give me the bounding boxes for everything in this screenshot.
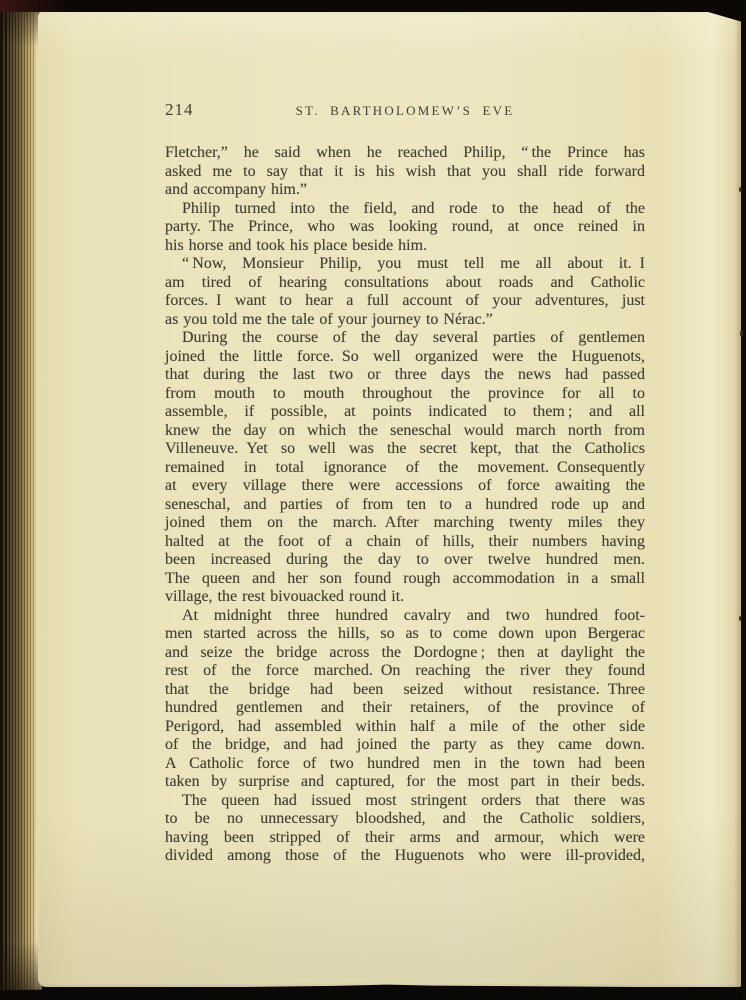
text-line: of the bridge, and had joined the party … bbox=[165, 736, 645, 755]
text-line: During the course of the day several par… bbox=[165, 329, 645, 348]
text-line: “ Now, Monsieur Philip, you must tell me… bbox=[165, 255, 645, 274]
text-line: asked me to say that it is his wish that… bbox=[165, 163, 645, 182]
text-line: forces. I want to hear a full account of… bbox=[165, 292, 645, 311]
text-line: remained in total ignorance of the movem… bbox=[165, 459, 645, 478]
text-line: assemble, if possible, at points indicat… bbox=[165, 403, 645, 422]
text-line: and seize the bridge across the Dordogne… bbox=[165, 644, 645, 663]
text-line: as you told me the tale of your journey … bbox=[165, 311, 645, 330]
page-blemish bbox=[739, 187, 742, 192]
text-line: The queen had issued most stringent orde… bbox=[165, 792, 645, 811]
page-blemish bbox=[739, 616, 742, 621]
text-line: party. The Prince, who was looking round… bbox=[165, 218, 645, 237]
page-blemish bbox=[740, 330, 743, 337]
text-line: am tired of hearing consultations about … bbox=[165, 274, 645, 293]
text-line: Fletcher,” he said when he reached Phili… bbox=[165, 144, 645, 163]
text-line: The queen and her son found rough accomm… bbox=[165, 570, 645, 589]
text-line: Perigord, had assembled within half a mi… bbox=[165, 718, 645, 737]
text-line: that the bridge had been seized without … bbox=[165, 681, 645, 700]
text-line: Philip turned into the field, and rode t… bbox=[165, 200, 645, 219]
text-line: taken by surprise and captured, for the … bbox=[165, 773, 645, 792]
text-line: rest of the force marched. On reaching t… bbox=[165, 662, 645, 681]
text-line: having been stripped of their arms and a… bbox=[165, 829, 645, 848]
book-page-edges bbox=[0, 8, 42, 990]
text-line: hundred gentlemen and their retainers, o… bbox=[165, 699, 645, 718]
text-line: at every village there were accessions o… bbox=[165, 477, 645, 496]
running-head: 214 ST. BARTHOLOMEW’S EVE bbox=[165, 100, 645, 122]
text-line: divided among those of the Huguenots who… bbox=[165, 847, 645, 866]
paragraph: Philip turned into the field, and rode t… bbox=[165, 200, 645, 256]
paragraph: “ Now, Monsieur Philip, you must tell me… bbox=[165, 255, 645, 329]
text-line: men started across the hills, so as to c… bbox=[165, 625, 645, 644]
right-binding bbox=[741, 0, 746, 1000]
text-line: that during the last two or three days t… bbox=[165, 366, 645, 385]
text-line: A Catholic force of two hundred men in t… bbox=[165, 755, 645, 774]
text-line: joined them on the march. After marching… bbox=[165, 514, 645, 533]
page-text: Fletcher,” he said when he reached Phili… bbox=[165, 144, 645, 866]
text-line: Villeneuve. Yet so well was the secret k… bbox=[165, 440, 645, 459]
text-line: from mouth to mouth throughout the provi… bbox=[165, 385, 645, 404]
paragraph: During the course of the day several par… bbox=[165, 329, 645, 607]
text-line: joined the little force. So well organiz… bbox=[165, 348, 645, 367]
text-line: seneschal, and parties of from ten to a … bbox=[165, 496, 645, 515]
paragraph: At midnight three hundred cavalry and tw… bbox=[165, 607, 645, 792]
text-line: halted at the foot of a chain of hills, … bbox=[165, 533, 645, 552]
text-line: to be no unnecessary bloodshed, and the … bbox=[165, 810, 645, 829]
text-line: his horse and took his place beside him. bbox=[165, 237, 645, 256]
top-binding bbox=[0, 0, 746, 12]
paragraph: The queen had issued most stringent orde… bbox=[165, 792, 645, 866]
text-line: village, the rest bivouacked round it. bbox=[165, 588, 645, 607]
text-line: and accompany him.” bbox=[165, 181, 645, 200]
paragraph: Fletcher,” he said when he reached Phili… bbox=[165, 144, 645, 200]
book-scan: { "page": { "number": "214", "running_ti… bbox=[0, 0, 746, 1000]
text-line: been increased during the day to over tw… bbox=[165, 551, 645, 570]
text-line: knew the day on which the seneschal woul… bbox=[165, 422, 645, 441]
text-line: At midnight three hundred cavalry and tw… bbox=[165, 607, 645, 626]
running-title: ST. BARTHOLOMEW’S EVE bbox=[165, 103, 645, 119]
